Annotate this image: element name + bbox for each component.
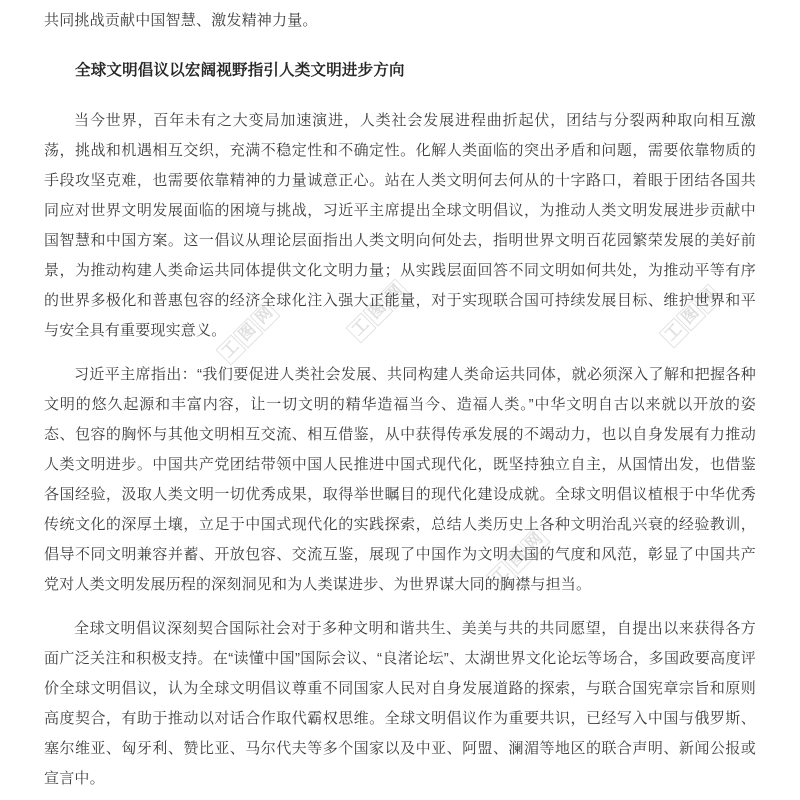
paragraph-continuation: 共同挑战贡献中国智慧、激发精神力量。 [44, 6, 756, 36]
article-paragraph: 当今世界，百年未有之大变局加速演进，人类社会发展进程曲折起伏，团结与分裂两种取向… [44, 106, 756, 346]
article-page: 共同挑战贡献中国智慧、激发精神力量。 全球文明倡议以宏阔视野指引人类文明进步方向… [0, 0, 800, 794]
article-heading: 全球文明倡议以宏阔视野指引人类文明进步方向 [44, 56, 756, 86]
article-paragraph: 全球文明倡议深刻契合国际社会对于多种文明和谐共生、美美与共的共同愿望，自提出以来… [44, 614, 756, 794]
article-paragraph: 习近平主席指出：“我们要促进人类社会发展、共同构建人类命运共同体，就必须深入了解… [44, 360, 756, 600]
